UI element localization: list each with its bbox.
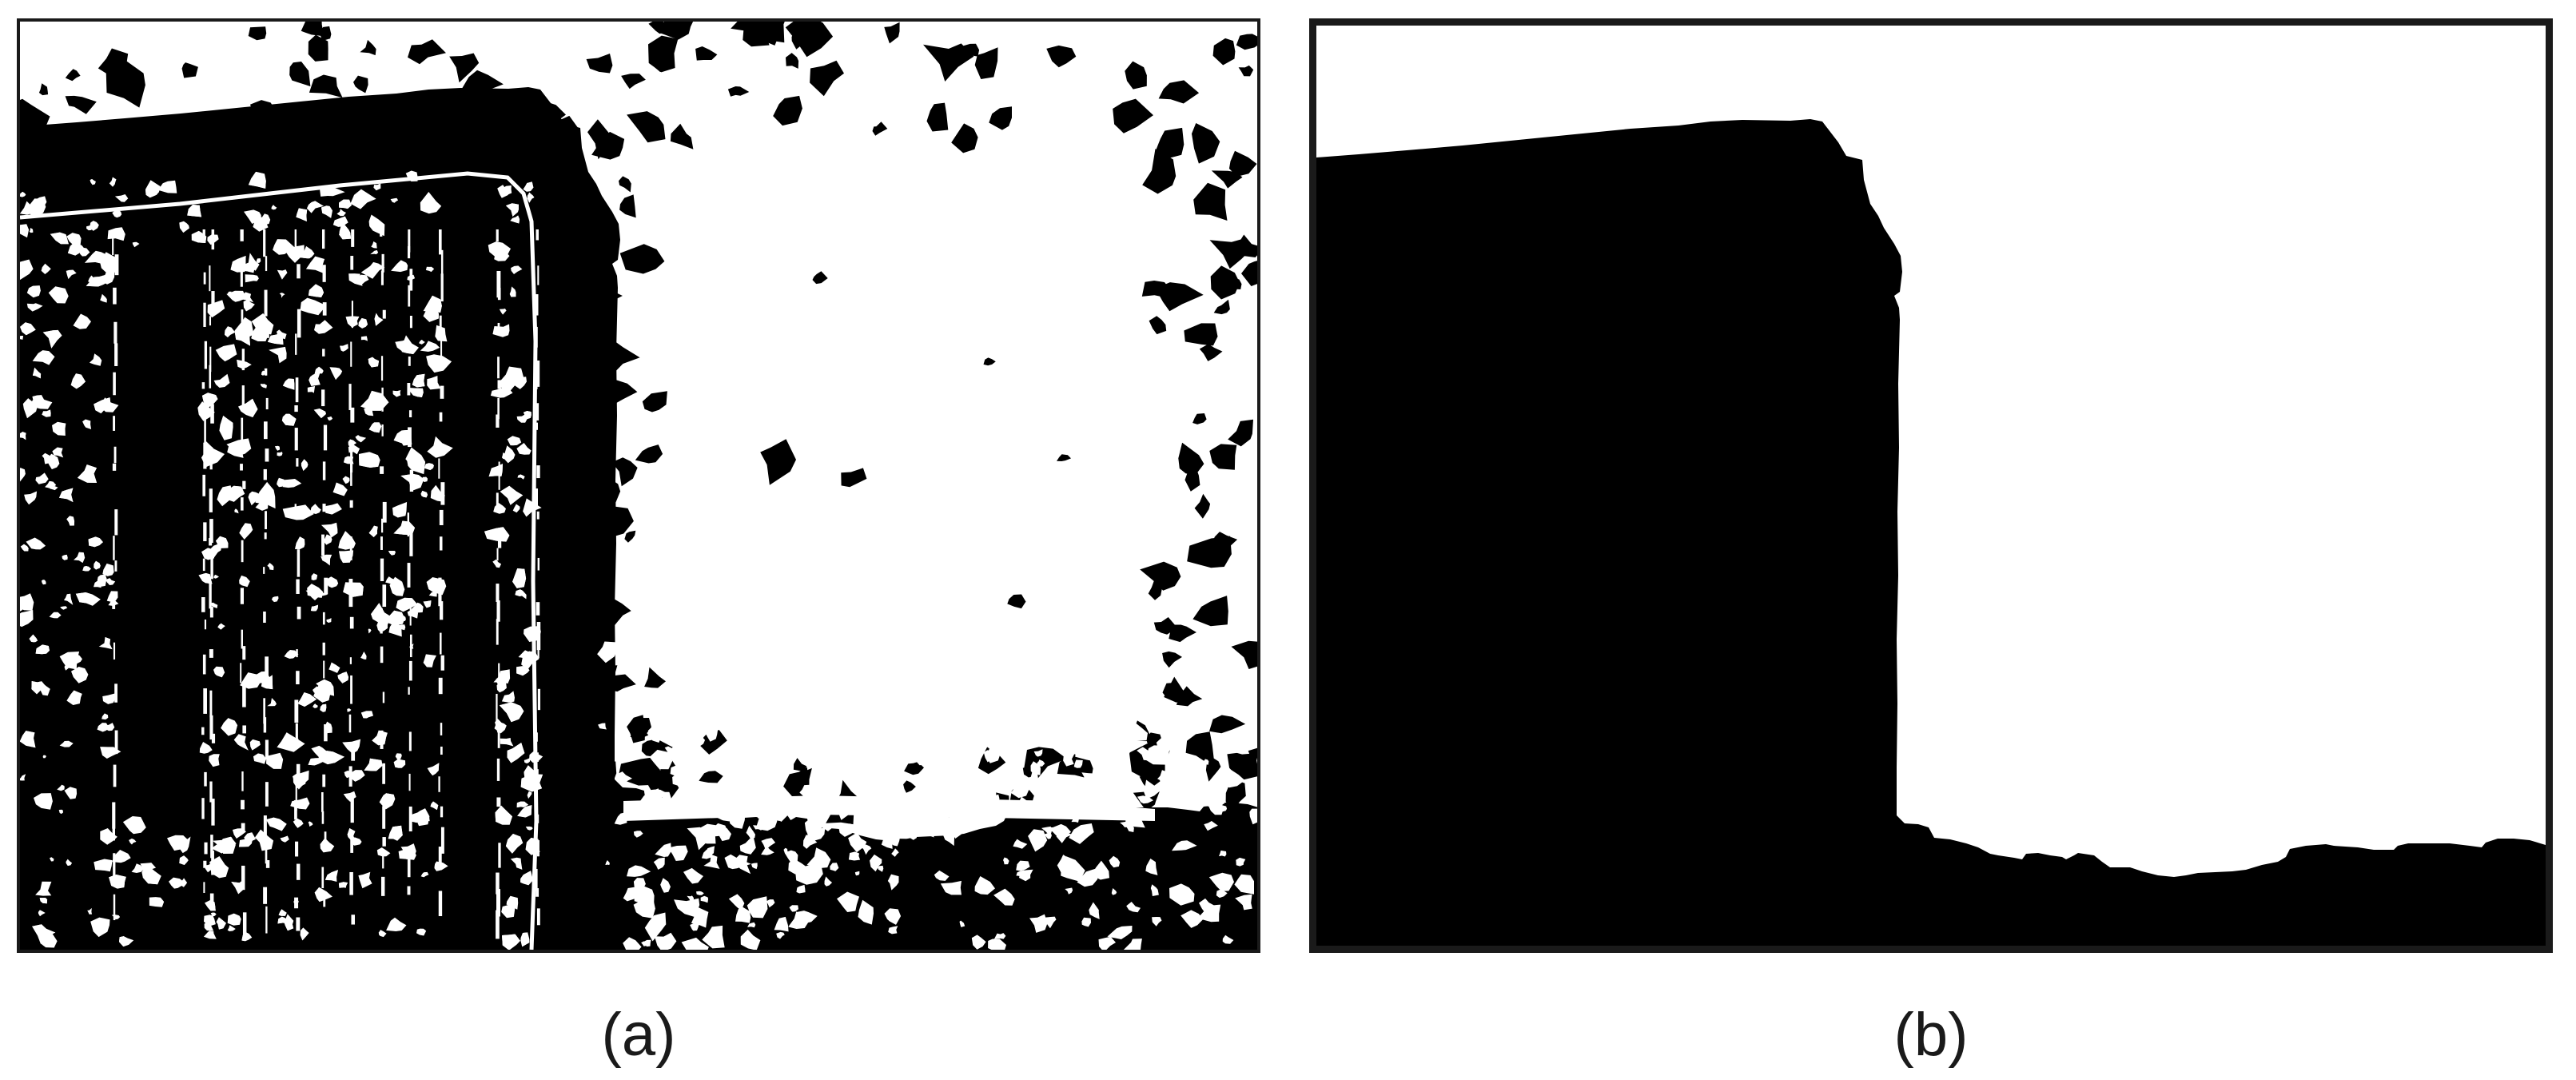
panel-b-segmentation-mask [1309, 18, 2553, 953]
panel-a-caption: (a) [519, 991, 758, 1079]
segmentation-mask-image [1316, 26, 2546, 946]
panel-a-binarized-image [17, 18, 1260, 953]
binarized-photo-image [20, 22, 1257, 950]
panel-b-caption: (b) [1811, 991, 2051, 1079]
